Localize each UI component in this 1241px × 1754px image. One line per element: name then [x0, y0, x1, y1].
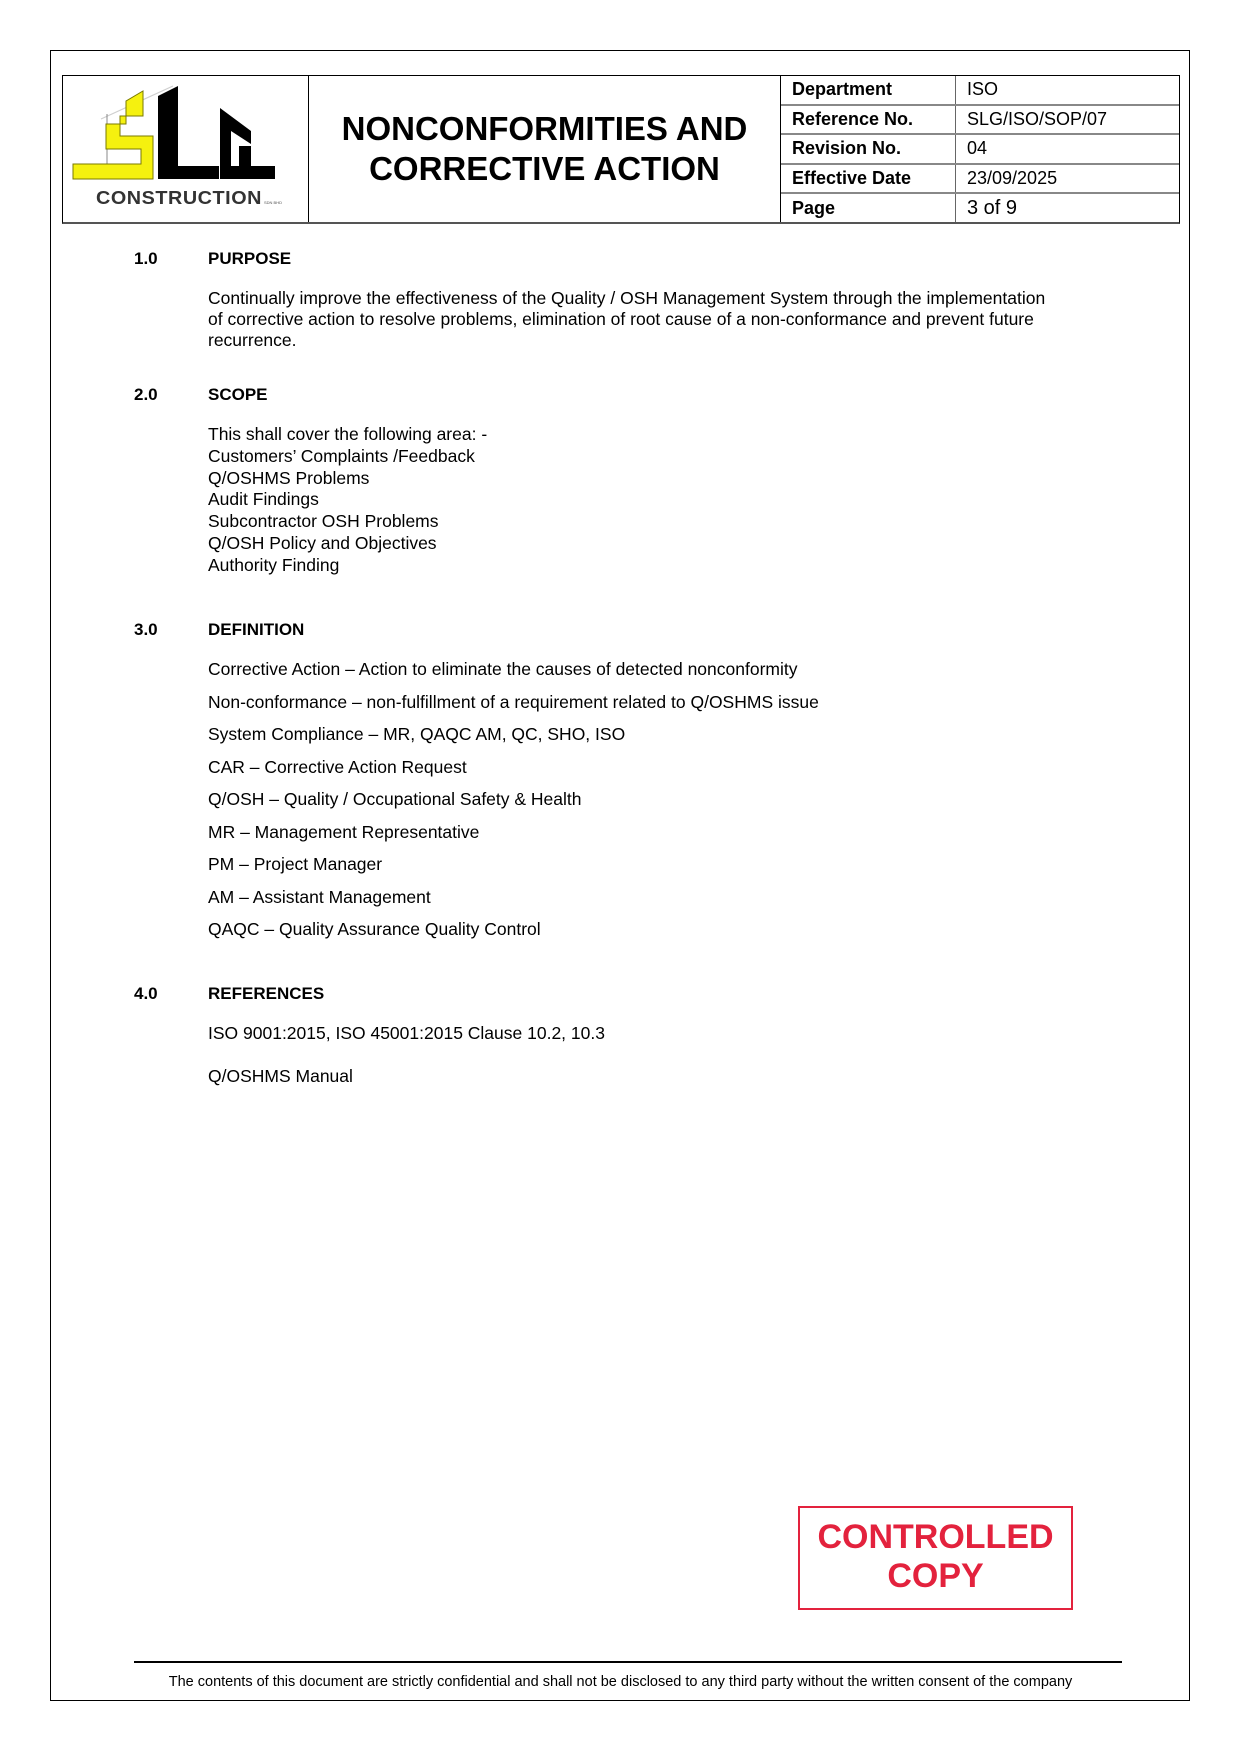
section-heading-scope: SCOPE — [208, 385, 268, 405]
section-heading-definition: DEFINITION — [208, 620, 304, 640]
definition-item: MR – Management Representative — [208, 822, 819, 855]
title-line-1: NONCONFORMITIES AND — [342, 109, 748, 149]
document-header: CONSTRUCTION SDN BHD NONCONFORMITIES AND… — [62, 75, 1180, 224]
list-item: Customers’ Complaints /Feedback — [208, 446, 487, 468]
meta-value: SLG/ISO/SOP/07 — [956, 106, 1179, 134]
definition-item: Corrective Action – Action to eliminate … — [208, 659, 819, 692]
meta-value: ISO — [956, 76, 1179, 104]
meta-row-page: Page 3 of 9 — [781, 194, 1179, 222]
definition-item: System Compliance – MR, QAQC AM, QC, SHO… — [208, 724, 819, 757]
meta-label: Page — [781, 194, 956, 222]
section-number: 1.0 — [134, 249, 158, 269]
meta-row-effective-date: Effective Date 23/09/2025 — [781, 165, 1179, 195]
meta-row-revision: Revision No. 04 — [781, 135, 1179, 165]
document-meta-table: Department ISO Reference No. SLG/ISO/SOP… — [781, 76, 1179, 222]
title-line-2: CORRECTIVE ACTION — [342, 149, 748, 189]
section-number: 3.0 — [134, 620, 158, 640]
section-number: 4.0 — [134, 984, 158, 1004]
scope-list: This shall cover the following area: - C… — [208, 424, 487, 577]
meta-label: Department — [781, 76, 956, 104]
text-line: Continually improve the effectiveness of… — [208, 288, 1128, 309]
definition-item: CAR – Corrective Action Request — [208, 757, 819, 790]
definition-list: Corrective Action – Action to eliminate … — [208, 659, 819, 952]
section-heading-purpose: PURPOSE — [208, 249, 291, 269]
svg-text:SDN BHD: SDN BHD — [264, 200, 282, 205]
company-logo: CONSTRUCTION SDN BHD — [63, 76, 309, 222]
meta-label: Effective Date — [781, 165, 956, 193]
reference-item: ISO 9001:2015, ISO 45001:2015 Clause 10.… — [208, 1023, 605, 1066]
stamp-line-1: CONTROLLED — [800, 1518, 1071, 1557]
list-item: Audit Findings — [208, 489, 487, 511]
meta-row-reference: Reference No. SLG/ISO/SOP/07 — [781, 106, 1179, 136]
definition-item: PM – Project Manager — [208, 854, 819, 887]
purpose-text: Continually improve the effectiveness of… — [208, 288, 1128, 351]
list-item: Subcontractor OSH Problems — [208, 511, 487, 533]
list-item: Q/OSHMS Problems — [208, 468, 487, 490]
text-line: of corrective action to resolve problems… — [208, 309, 1128, 330]
text-line: recurrence. — [208, 330, 1128, 351]
definition-item: AM – Assistant Management — [208, 887, 819, 920]
meta-label: Revision No. — [781, 135, 956, 163]
section-heading-references: REFERENCES — [208, 984, 324, 1004]
reference-item: Q/OSHMS Manual — [208, 1066, 605, 1099]
definition-item: QAQC – Quality Assurance Quality Control — [208, 919, 819, 952]
definition-item: Q/OSH – Quality / Occupational Safety & … — [208, 789, 819, 822]
list-item: Q/OSH Policy and Objectives — [208, 533, 487, 555]
stamp-line-2: COPY — [800, 1557, 1071, 1596]
document-title: NONCONFORMITIES AND CORRECTIVE ACTION — [309, 76, 781, 222]
meta-label: Reference No. — [781, 106, 956, 134]
meta-value: 23/09/2025 — [956, 165, 1179, 193]
controlled-copy-stamp: CONTROLLED COPY — [798, 1506, 1073, 1610]
scope-intro: This shall cover the following area: - — [208, 424, 487, 446]
references-list: ISO 9001:2015, ISO 45001:2015 Clause 10.… — [208, 1023, 605, 1099]
slg-logo-icon: CONSTRUCTION SDN BHD — [63, 76, 308, 223]
list-item: Authority Finding — [208, 555, 487, 577]
definition-item: Non-conformance – non-fulfillment of a r… — [208, 692, 819, 725]
footer-divider — [134, 1661, 1122, 1663]
meta-value: 3 of 9 — [956, 194, 1179, 222]
svg-text:CONSTRUCTION: CONSTRUCTION — [96, 188, 262, 208]
section-number: 2.0 — [134, 385, 158, 405]
meta-value: 04 — [956, 135, 1179, 163]
confidentiality-notice: The contents of this document are strict… — [0, 1674, 1241, 1690]
meta-row-department: Department ISO — [781, 76, 1179, 106]
